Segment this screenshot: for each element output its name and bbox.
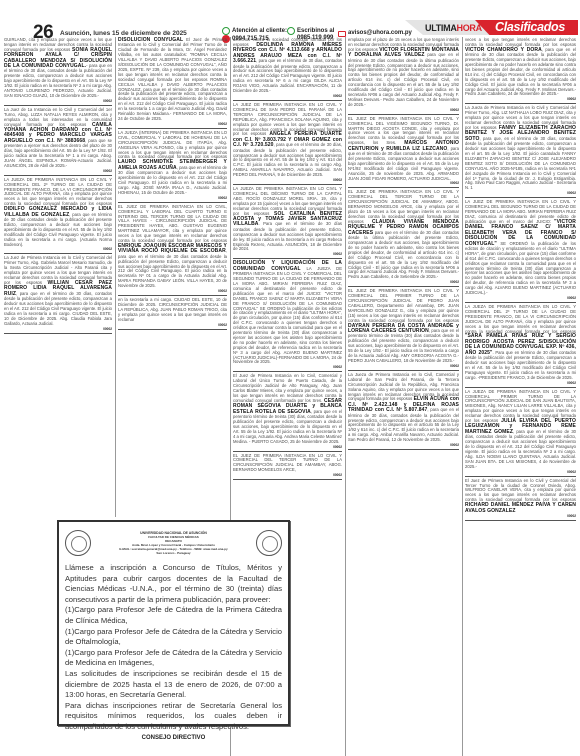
- column-5: veces a los que tengan interés en reclam…: [465, 37, 576, 756]
- legal-notice: La Jueza de Primera Instancia en lo Civi…: [465, 105, 576, 198]
- write-us-label: Escribinos al: [297, 28, 334, 35]
- faculty-seal-icon: [256, 530, 282, 556]
- section-title: Clasificados: [495, 20, 565, 34]
- brand-logo: ULTIMAHORA: [425, 23, 482, 33]
- notice-code: 00002: [233, 445, 342, 449]
- notice-code: 00002: [348, 364, 459, 368]
- notice-code: 00002: [118, 122, 227, 126]
- envelope-icon: [338, 31, 346, 37]
- column-divider: [462, 37, 463, 756]
- column-divider: [345, 37, 346, 756]
- notice-code: 00002: [4, 99, 112, 103]
- notice-code: 00002: [4, 247, 112, 251]
- legal-notice: LA JUEZA (INTERINA) DE PRIMERA INSTANCIA…: [118, 130, 227, 203]
- notice-code: 00002: [348, 181, 459, 185]
- column-2: DISOLUCIÓN CONYUGAL El Juez de Primera I…: [118, 37, 227, 517]
- notice-code: 00002: [118, 289, 227, 293]
- legal-notice: EL JUEZ DE PRIMERA INSTANCIA EN LO CIVIL…: [348, 116, 459, 189]
- announcement-body: Llámese a inscripción a Concurso de Títu…: [65, 563, 282, 733]
- legal-notice: derechos contra la sociedad conyugal for…: [233, 37, 342, 101]
- legal-notice: EL JUEZ DE PRIMERA INSTANCIA EN LO CIVIL…: [348, 288, 459, 371]
- announcement-signature: CONSEJO DIRECTIVO: [65, 735, 282, 741]
- legal-notice: El Juez de Primera Instancia en lo Civil…: [233, 373, 342, 451]
- notice-code: 00002: [465, 191, 576, 195]
- notice-code: 00002: [233, 94, 342, 98]
- legal-notice: EL JUEZ DE PRIMERA INSTANCIA EN LO CIVIL…: [118, 204, 227, 296]
- legal-notice: en la secretaría a mi cargo. CIUDAD DEL …: [118, 297, 227, 330]
- legal-notice: veces a los que tengan interés en reclam…: [465, 37, 576, 104]
- notice-code: 00002: [348, 443, 459, 447]
- legal-notice: DISOLUCIÓN Y LIQUIDACIÓN DE LA COMUNIDAD…: [233, 260, 342, 372]
- page-header: 26 Asunción, lunes 15 de diciembre de 20…: [0, 0, 580, 34]
- legal-notice: GUIRLAND, cita y emplaza por quince vece…: [4, 37, 112, 106]
- legal-notice: EL JUEZ DE PRIMERA INSTANCIA EN LO CIVIL…: [348, 189, 459, 287]
- column-1: GUIRLAND, cita y emplaza por quince vece…: [4, 37, 112, 517]
- legal-notice: emplaza por el plazo de 15 veces a los q…: [348, 37, 459, 115]
- notice-code: 00002: [233, 178, 342, 182]
- notice-code: 00002: [118, 196, 227, 200]
- university-announcement: UNIVERSIDAD NACIONAL DE ASUNCIÓN FACULTA…: [57, 520, 290, 726]
- customer-service-label: Atención al cliente:: [232, 28, 287, 35]
- whatsapp-icon: [287, 27, 295, 35]
- legal-notice: DISOLUCIÓN CONYUGAL El Juez de Primera I…: [118, 37, 227, 129]
- legal-notice: LA JUEZ DE PRIMERA INSTANCIA EN LO CIVIL…: [465, 199, 576, 303]
- notice-parties: RICHARD DANIEL MENDEZ PAIVA Y CAREN AVAL…: [465, 502, 576, 513]
- notice-code: 00002: [465, 296, 576, 300]
- notice-code: 00002: [233, 252, 342, 256]
- brand-banner: ULTIMAHORA Clasificados: [395, 20, 580, 35]
- legal-notice: La Juez de 1a Instancia en lo Civil y Co…: [4, 107, 112, 176]
- legal-notice: LA JUEZA DE PRIMERA INSTANCIA EN LO CIVI…: [233, 186, 342, 259]
- whatsapp-icon: [222, 27, 230, 35]
- legal-notice: El Juez de Primera Instancia en lo Civil…: [465, 478, 576, 521]
- column-divider: [115, 37, 116, 517]
- notice-code: 00002: [4, 327, 112, 331]
- legal-notice: LA JUEZA DE PRIMERA INSTANCIA EN LO CIVI…: [465, 304, 576, 388]
- notice-code: 00002: [4, 169, 112, 173]
- university-seal-icon: [65, 530, 91, 556]
- institution-header: UNIVERSIDAD NACIONAL DE ASUNCIÓN FACULTA…: [119, 531, 227, 555]
- notice-code: 00002: [118, 323, 227, 327]
- notice-code: 00002: [348, 108, 459, 112]
- notice-code: 00002: [465, 97, 576, 101]
- notice-code: 00002: [465, 470, 576, 474]
- notice-code: 00002: [233, 365, 342, 369]
- notice-code: 00002: [348, 280, 459, 284]
- column-4: emplaza por el plazo de 15 veces a los q…: [348, 37, 459, 756]
- legal-notice: LA JUEZA DE PRIMERA INSTANCIA EN LO CIVI…: [4, 177, 112, 255]
- legal-notice: La Juez de Primera Instancia en lo Civil…: [4, 255, 112, 333]
- notice-code: 00002: [465, 514, 576, 518]
- edition-date: Asunción, lunes 15 de diciembre de 2025: [60, 30, 187, 37]
- legal-notice: La Jueza de Primera Instancia en lo Civi…: [348, 372, 459, 450]
- notice-code: 00002: [233, 473, 342, 477]
- legal-notice: EL JUEZ DE PRIMERA INSTANCIA EN LO CIVIL…: [233, 453, 342, 481]
- notice-parties: ENRIQUE JOAQUIN ESCOBAR MARECOS Y VIVIAN…: [118, 243, 227, 254]
- legal-notice: LA JUEZ DE PRIMERA INSTANCIA EN LO CIVIL…: [233, 102, 342, 185]
- legal-notice: LA JUEZA DE PRIMERA INSTANCIA EN LO CIVI…: [465, 389, 576, 477]
- notice-code: 00002: [465, 381, 576, 385]
